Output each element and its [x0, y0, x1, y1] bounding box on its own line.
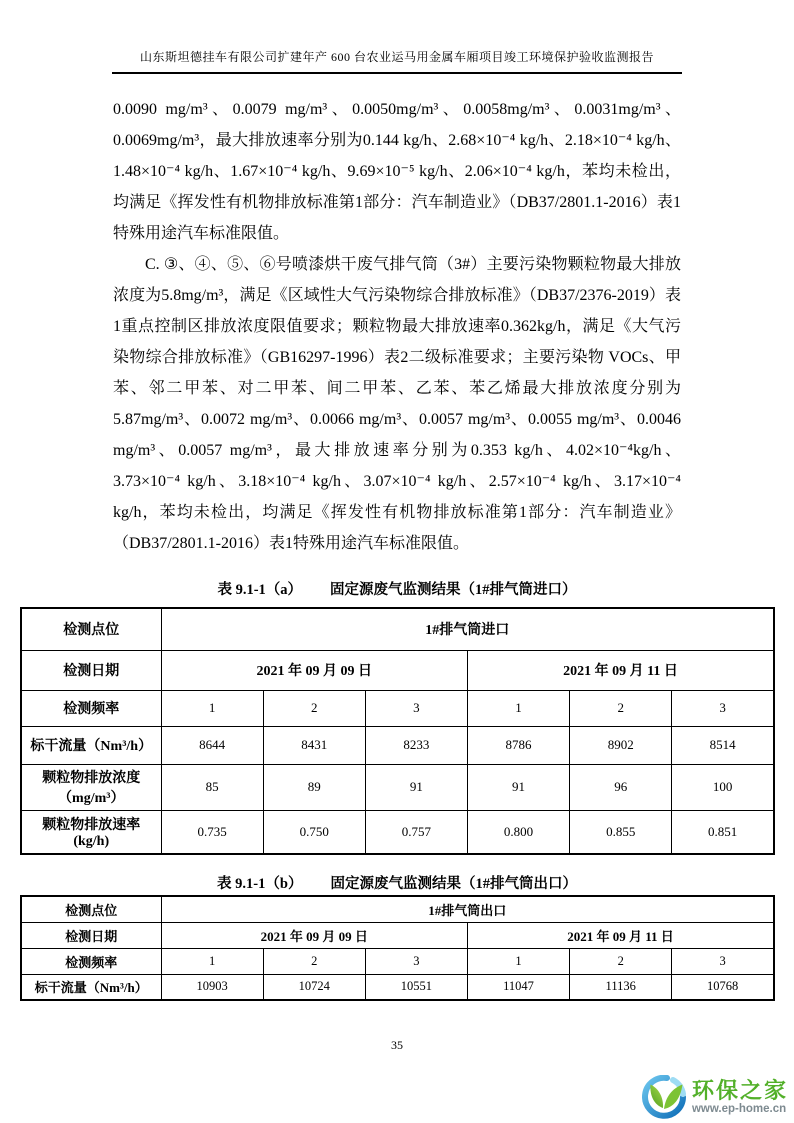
table-cell: 8514: [672, 726, 774, 764]
table-cell: 11136: [570, 974, 672, 1000]
label-text: 颗粒物排放速率: [42, 818, 140, 833]
table-cell: 3: [365, 690, 467, 726]
table-row: 标干流量（Nm³/h） 10903 10724 10551 11047 1113…: [21, 974, 774, 1000]
table-b-caption-title: 固定源废气监测结果（1#排气筒出口）: [330, 876, 577, 892]
table-b-date-2: 2021 年 09 月 11 日: [467, 922, 774, 948]
table-row: 检测点位 1#排气筒出口: [21, 896, 774, 922]
label-text: 颗粒物排放浓度: [42, 771, 140, 786]
ep-home-logo[interactable]: 环保之家 www.ep-home.cn: [642, 1075, 788, 1119]
table-cell: 8431: [263, 726, 365, 764]
document-page: 山东斯坦德挂车有限公司扩建年产 600 台农业运马用金属车厢项目竣工环境保护验收…: [0, 0, 794, 1123]
table-cell: 0.757: [365, 810, 467, 854]
table-cell: 3: [672, 948, 774, 974]
table-cell: 0.855: [570, 810, 672, 854]
table-cell: 10724: [263, 974, 365, 1000]
label-unit: （mg/m³）: [24, 787, 159, 807]
table-b-date-1: 2021 年 09 月 09 日: [161, 922, 467, 948]
table-cell: 10768: [672, 974, 774, 1000]
table-b-date-label: 检测日期: [21, 922, 161, 948]
table-cell: 2: [570, 948, 672, 974]
table-b-caption: 表 9.1-1（b）固定源废气监测结果（1#排气筒出口）: [0, 872, 794, 893]
page-header-title: 山东斯坦德挂车有限公司扩建年产 600 台农业运马用金属车厢项目竣工环境保护验收…: [112, 48, 682, 74]
table-cell: 100: [672, 764, 774, 810]
table-cell: 89: [263, 764, 365, 810]
table-a-date-2: 2021 年 09 月 11 日: [467, 650, 774, 690]
table-cell: 91: [365, 764, 467, 810]
table-a-date-label: 检测日期: [21, 650, 161, 690]
table-b-flow-label: 标干流量（Nm³/h）: [21, 974, 161, 1000]
table-a-pm-conc-label: 颗粒物排放浓度 （mg/m³）: [21, 764, 161, 810]
table-cell: 1: [467, 948, 569, 974]
table-a-point-label: 检测点位: [21, 608, 161, 650]
table-cell: 1: [161, 690, 263, 726]
table-cell: 0.750: [263, 810, 365, 854]
table-cell: 11047: [467, 974, 569, 1000]
table-cell: 3: [672, 690, 774, 726]
table-cell: 10551: [365, 974, 467, 1000]
table-cell: 96: [570, 764, 672, 810]
table-a-caption-title: 固定源废气监测结果（1#排气筒进口）: [330, 582, 577, 598]
table-cell: 8233: [365, 726, 467, 764]
table-cell: 91: [467, 764, 569, 810]
table-b-caption-number: 表 9.1-1（b）: [217, 876, 302, 892]
logo-site-name: 环保之家: [692, 1079, 788, 1102]
table-b-point-label: 检测点位: [21, 896, 161, 922]
table-cell: 0.800: [467, 810, 569, 854]
body-text-block: 0.0090 mg/m³、0.0079 mg/m³、0.0050mg/m³、0.…: [113, 94, 681, 559]
table-cell: 2: [263, 948, 365, 974]
table-row: 检测频率 1 2 3 1 2 3: [21, 690, 774, 726]
table-cell: 2: [263, 690, 365, 726]
table-a-point-value: 1#排气筒进口: [161, 608, 774, 650]
table-cell: 0.851: [672, 810, 774, 854]
table-cell: 2: [570, 690, 672, 726]
leaf-swirl-logo-icon: [642, 1075, 686, 1119]
table-row: 颗粒物排放浓度 （mg/m³） 85 89 91 91 96 100: [21, 764, 774, 810]
table-cell: 85: [161, 764, 263, 810]
logo-text: 环保之家 www.ep-home.cn: [692, 1079, 788, 1114]
table-row: 标干流量（Nm³/h） 8644 8431 8233 8786 8902 851…: [21, 726, 774, 764]
table-stack1-inlet: 检测点位 1#排气筒进口 检测日期 2021 年 09 月 09 日 2021 …: [20, 607, 775, 855]
table-cell: 10903: [161, 974, 263, 1000]
table-row: 检测频率 1 2 3 1 2 3: [21, 948, 774, 974]
table-cell: 8786: [467, 726, 569, 764]
table-a-flow-label: 标干流量（Nm³/h）: [21, 726, 161, 764]
page-number: 35: [0, 1038, 794, 1053]
table-a-pm-rate-label: 颗粒物排放速率 (kg/h): [21, 810, 161, 854]
table-cell: 8644: [161, 726, 263, 764]
table-a-caption-number: 表 9.1-1（a）: [217, 582, 302, 598]
table-a-freq-label: 检测频率: [21, 690, 161, 726]
paragraph-stack-3-results: C. ③、④、⑤、⑥号喷漆烘干废气排气筒（3#）主要污染物颗粒物最大排放浓度为5…: [113, 249, 681, 559]
paragraph-emission-rates: 0.0090 mg/m³、0.0079 mg/m³、0.0050mg/m³、0.…: [113, 94, 681, 249]
table-cell: 8902: [570, 726, 672, 764]
table-b-freq-label: 检测频率: [21, 948, 161, 974]
table-row: 检测日期 2021 年 09 月 09 日 2021 年 09 月 11 日: [21, 922, 774, 948]
label-unit: (kg/h): [24, 834, 159, 850]
table-cell: 0.735: [161, 810, 263, 854]
table-b-point-value: 1#排气筒出口: [161, 896, 774, 922]
table-cell: 1: [161, 948, 263, 974]
table-row: 检测点位 1#排气筒进口: [21, 608, 774, 650]
table-cell: 3: [365, 948, 467, 974]
table-cell: 1: [467, 690, 569, 726]
table-a-date-1: 2021 年 09 月 09 日: [161, 650, 467, 690]
table-row: 颗粒物排放速率 (kg/h) 0.735 0.750 0.757 0.800 0…: [21, 810, 774, 854]
table-stack1-outlet: 检测点位 1#排气筒出口 检测日期 2021 年 09 月 09 日 2021 …: [20, 895, 775, 1001]
table-a-caption: 表 9.1-1（a）固定源废气监测结果（1#排气筒进口）: [0, 578, 794, 599]
logo-site-url: www.ep-home.cn: [692, 1103, 788, 1115]
table-row: 检测日期 2021 年 09 月 09 日 2021 年 09 月 11 日: [21, 650, 774, 690]
